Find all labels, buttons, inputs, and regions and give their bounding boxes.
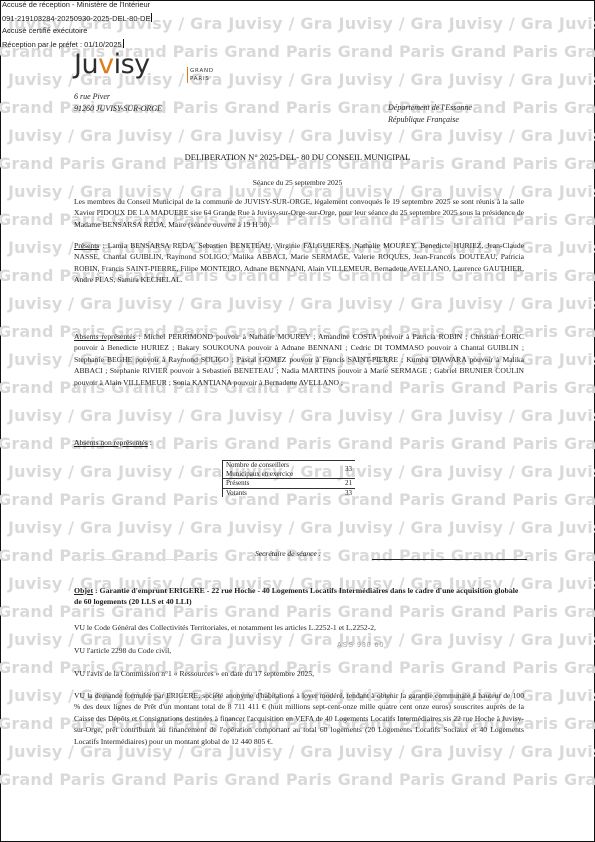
count-label: Votants <box>223 488 328 497</box>
absents-not-represented-paragraph: Absents non représentés : <box>74 437 524 448</box>
vu-code-civil: VU l'article 2298 du Code civil, <box>74 645 524 656</box>
count-label: Nombre de conseillers Municipaux en exer… <box>223 461 328 479</box>
table-row: Votants33 <box>223 488 356 497</box>
divider <box>75 559 215 560</box>
council-counts-table: Nombre de conseillers Municipaux en exer… <box>222 460 355 497</box>
intro-paragraph: Les membres du Conseil Municipal de la c… <box>74 196 524 230</box>
text-cursor <box>123 39 124 48</box>
signature-line <box>372 559 527 560</box>
text-cursor <box>151 13 152 22</box>
absents-represented-list: : Michel PERRIMOND pouvoir à Nathalie MO… <box>74 332 524 387</box>
stamp-certified: Accusé certifié exécutoire <box>2 26 87 36</box>
department-name: Département de l'Essonne <box>388 102 472 114</box>
stamp-line: Accusé certifié exécutoire <box>2 26 87 35</box>
count-value: 33 <box>327 488 355 497</box>
republic-name: République Française <box>388 114 472 126</box>
count-value: 21 <box>327 479 355 489</box>
absents-represented-label: Absents représentés <box>74 332 136 341</box>
count-label: Présents <box>223 479 328 489</box>
juvisy-logo: Juvisy GRANDPARIS <box>74 50 150 90</box>
mairie-address: 6 rue Piver 91260 JUVISY-SUR-ORGE <box>74 91 162 115</box>
department-block: Département de l'Essonne République Fran… <box>388 102 472 126</box>
objet-text: : Garantie d'emprunt ERIGERE - 22 rue Ho… <box>74 586 518 606</box>
table-row: Nombre de conseillers Municipaux en exer… <box>223 461 356 479</box>
document-page: Accusé de réception - Ministère de l'Int… <box>0 0 595 842</box>
secretaire-label: Secrétaire de séance : <box>255 549 321 558</box>
stamp-line: 091-219103284-20250930-2025-DEL-80-DE <box>2 14 150 23</box>
stamp-reception: Accusé de réception - Ministère de l'Int… <box>2 0 150 10</box>
address-city: 91260 JUVISY-SUR-ORGE <box>74 103 162 115</box>
absents-represented-paragraph: Absents représentés : Michel PERRIMOND p… <box>74 331 524 388</box>
logo-grand-paris: GRANDPARIS <box>187 67 214 83</box>
deliberation-title: DELIBERATION N° 2025-DEL- 80 DU CONSEIL … <box>0 152 595 162</box>
stamp-line: Réception par le préfet : 01/10/2025 <box>2 40 122 49</box>
objet-label: Objet <box>74 586 93 595</box>
handwritten-note: ASS 930 60 <box>337 642 384 649</box>
address-street: 6 rue Piver <box>74 91 162 103</box>
objet-heading: Objet : Garantie d'emprunt ERIGERE - 22 … <box>74 585 524 608</box>
absents-not-represented-label: Absents non représentés <box>74 438 148 447</box>
logo-wordmark: Juvisy <box>74 50 150 80</box>
presents-paragraph: Présents : Lamia BENSARSA REDA, Sebastie… <box>74 240 524 286</box>
vu-commission: VU l'avis de la Commission n°1 « Ressour… <box>74 668 524 679</box>
seance-date: Séance du 25 septembre 2025 <box>0 178 595 187</box>
stamp-reference: 091-219103284-20250930-2025-DEL-80-DE <box>2 13 152 24</box>
presents-label: Présents <box>74 241 99 250</box>
vu-demande-erigere: VU la demande formulée par ERIGERE, soci… <box>74 690 524 747</box>
stamp-line: Accusé de réception - Ministère de l'Int… <box>2 0 150 9</box>
presents-list: : Lamia BENSARSA REDA, Sebastien BENETEA… <box>74 241 524 284</box>
table-row: Présents21 <box>223 479 356 489</box>
count-value: 33 <box>327 461 355 479</box>
vu-cgct: VU le Code Général des Collectivités Ter… <box>74 622 524 633</box>
